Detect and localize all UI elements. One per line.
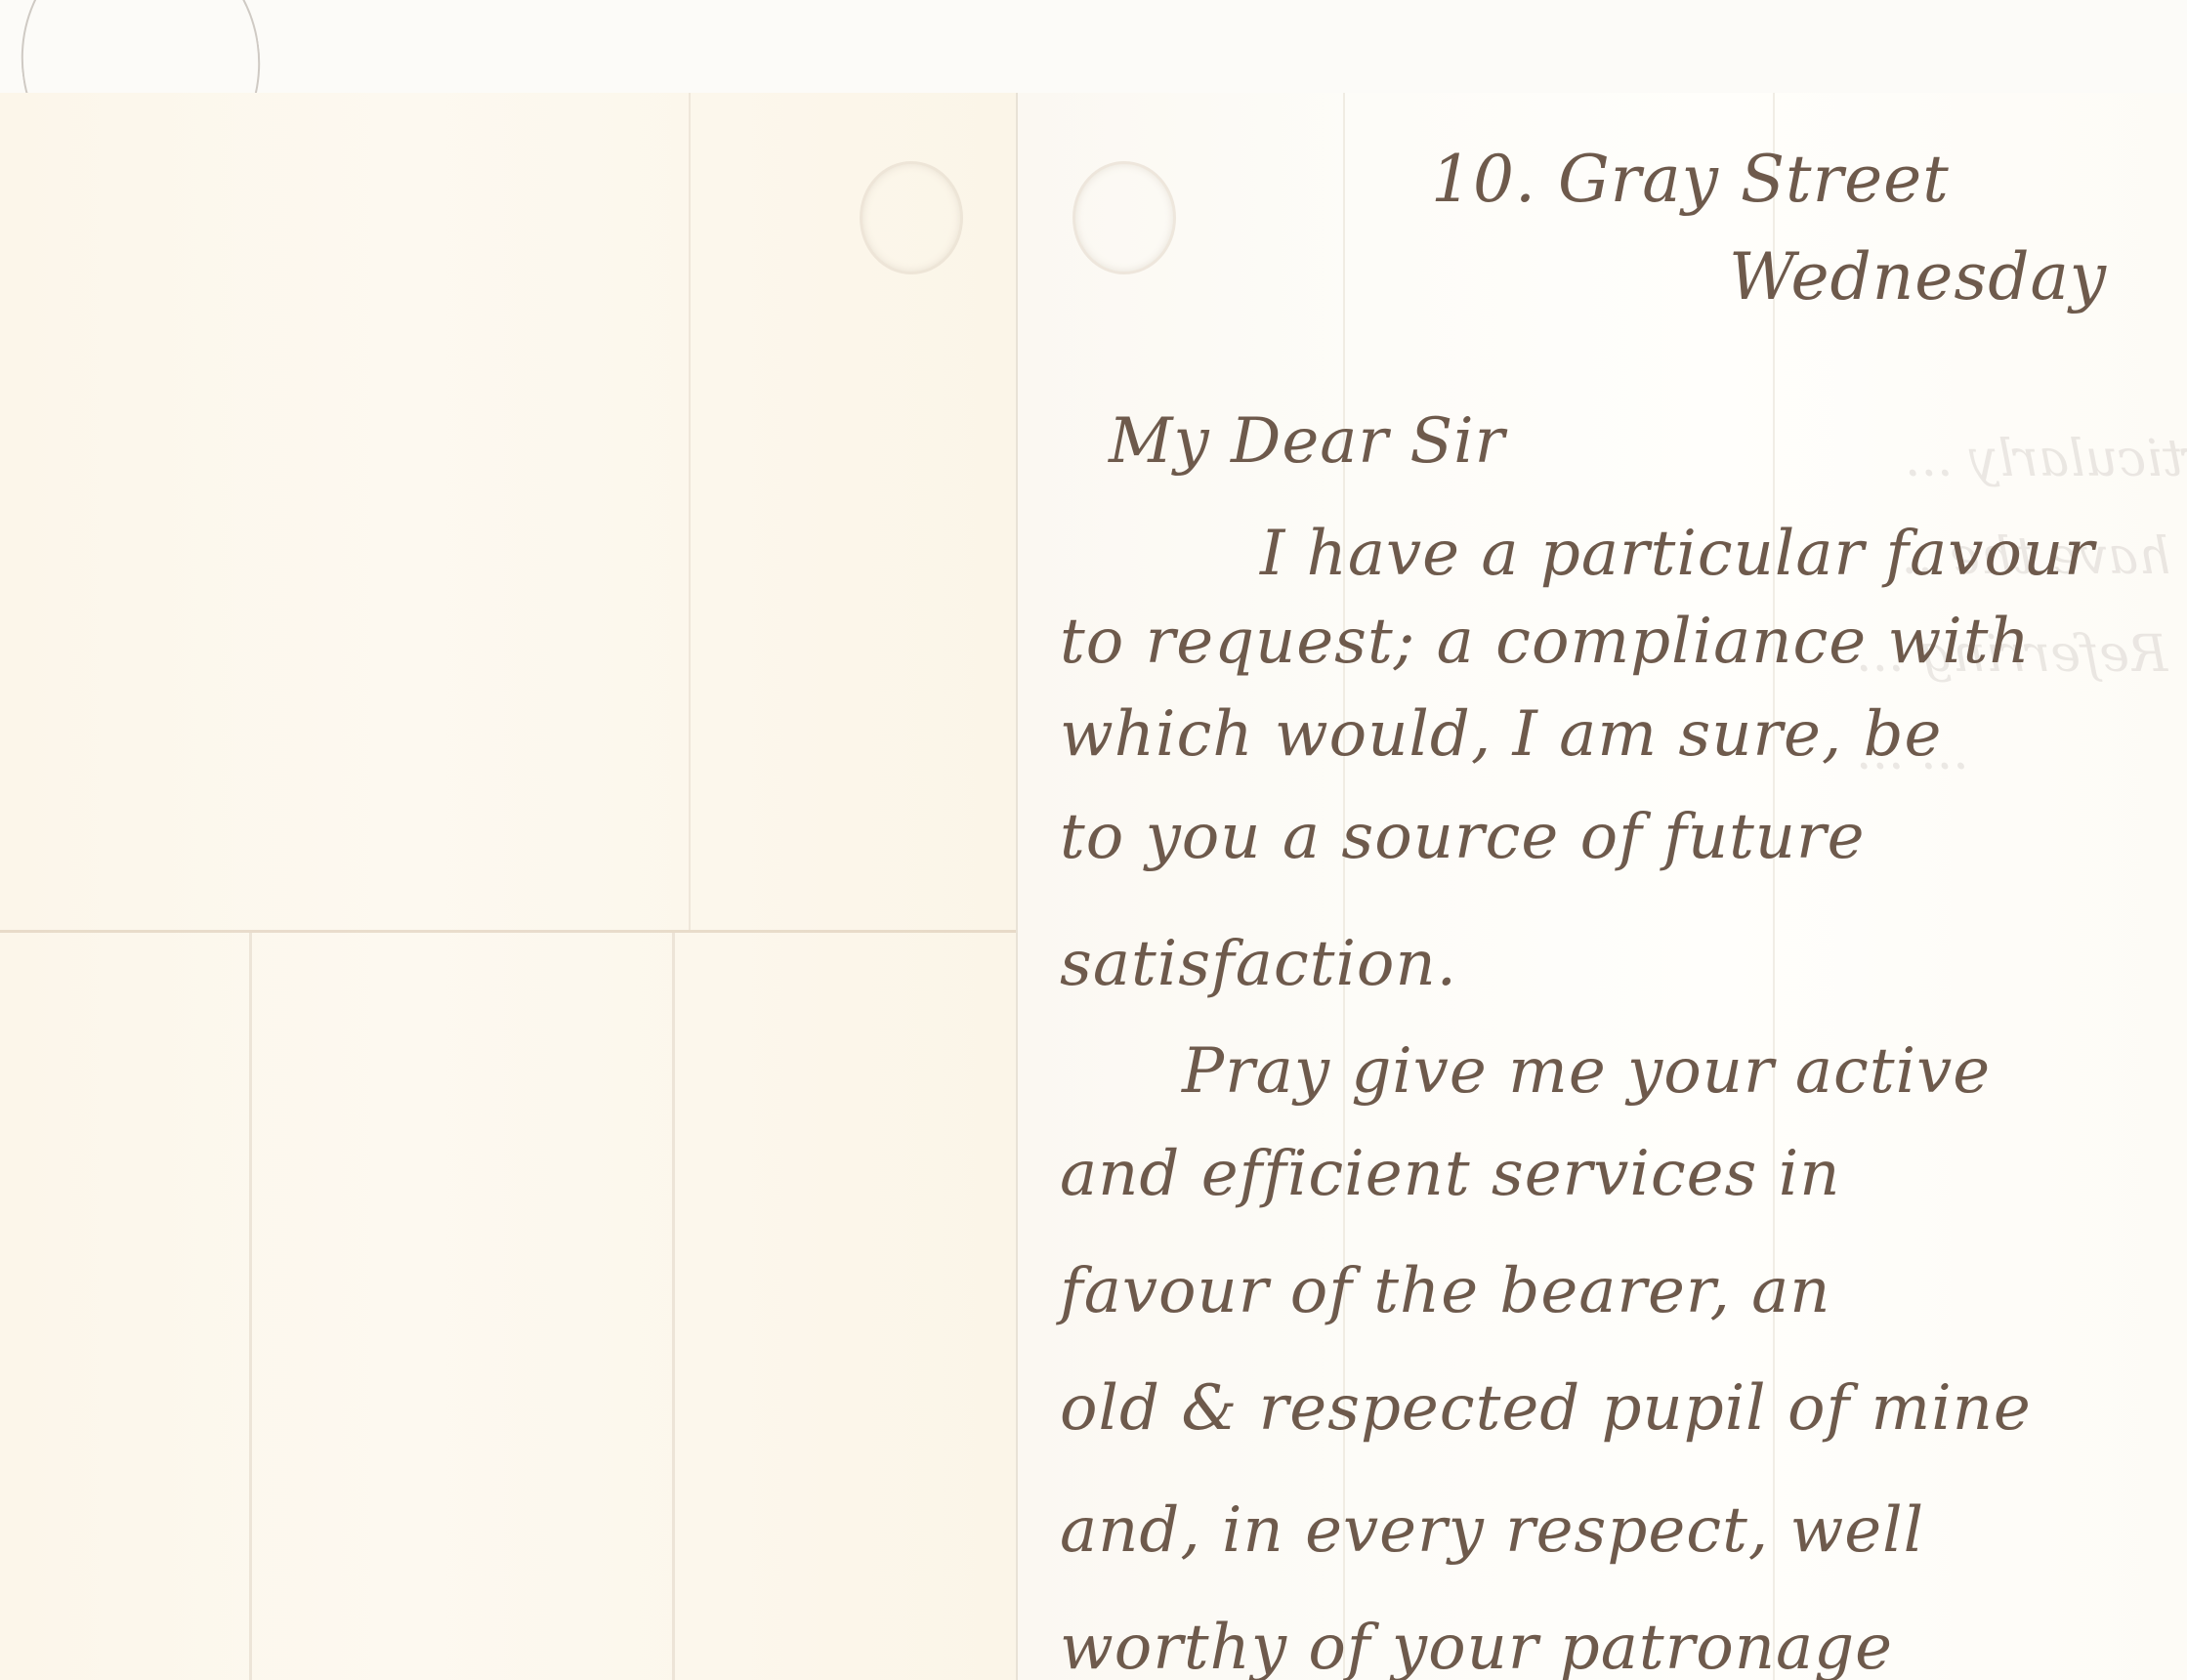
sheet-edge (1016, 93, 1018, 1680)
letter-line: and efficient services in (1060, 1138, 1840, 1210)
letter-line: to you a source of future (1060, 801, 1865, 873)
letter-line: favour of the bearer, an (1060, 1255, 1831, 1327)
scan-background-strip (0, 0, 2187, 93)
letter-line: which would, I am sure, be (1060, 698, 1942, 771)
letter-line: and, in every respect, well (1060, 1494, 1924, 1567)
bleed-through-text: ... particularly ... (1905, 430, 2187, 488)
vertical-fold-crease (672, 933, 675, 1680)
letter-line: Pray give me your active (1182, 1035, 1991, 1108)
letter-line: I have a particular favour (1260, 518, 2095, 590)
letter-line: old & respected pupil of mine (1060, 1372, 2032, 1445)
embossed-seal-icon (1072, 161, 1176, 274)
letter-address: 10. Gray Street (1431, 142, 1950, 217)
vertical-fold-crease (689, 93, 691, 930)
letter-line: to request; a compliance with (1060, 606, 2031, 678)
embossed-seal-icon (860, 161, 963, 274)
vertical-fold-crease (249, 933, 252, 1680)
horizontal-fold-crease (0, 930, 1016, 933)
letter-line: worthy of your patronage (1060, 1612, 1893, 1680)
letter-left-panel (0, 93, 1016, 1680)
letter-line: satisfaction. (1060, 928, 1457, 1000)
letter-salutation: My Dear Sir (1109, 405, 1505, 478)
letter-date: Wednesday (1729, 239, 2107, 315)
